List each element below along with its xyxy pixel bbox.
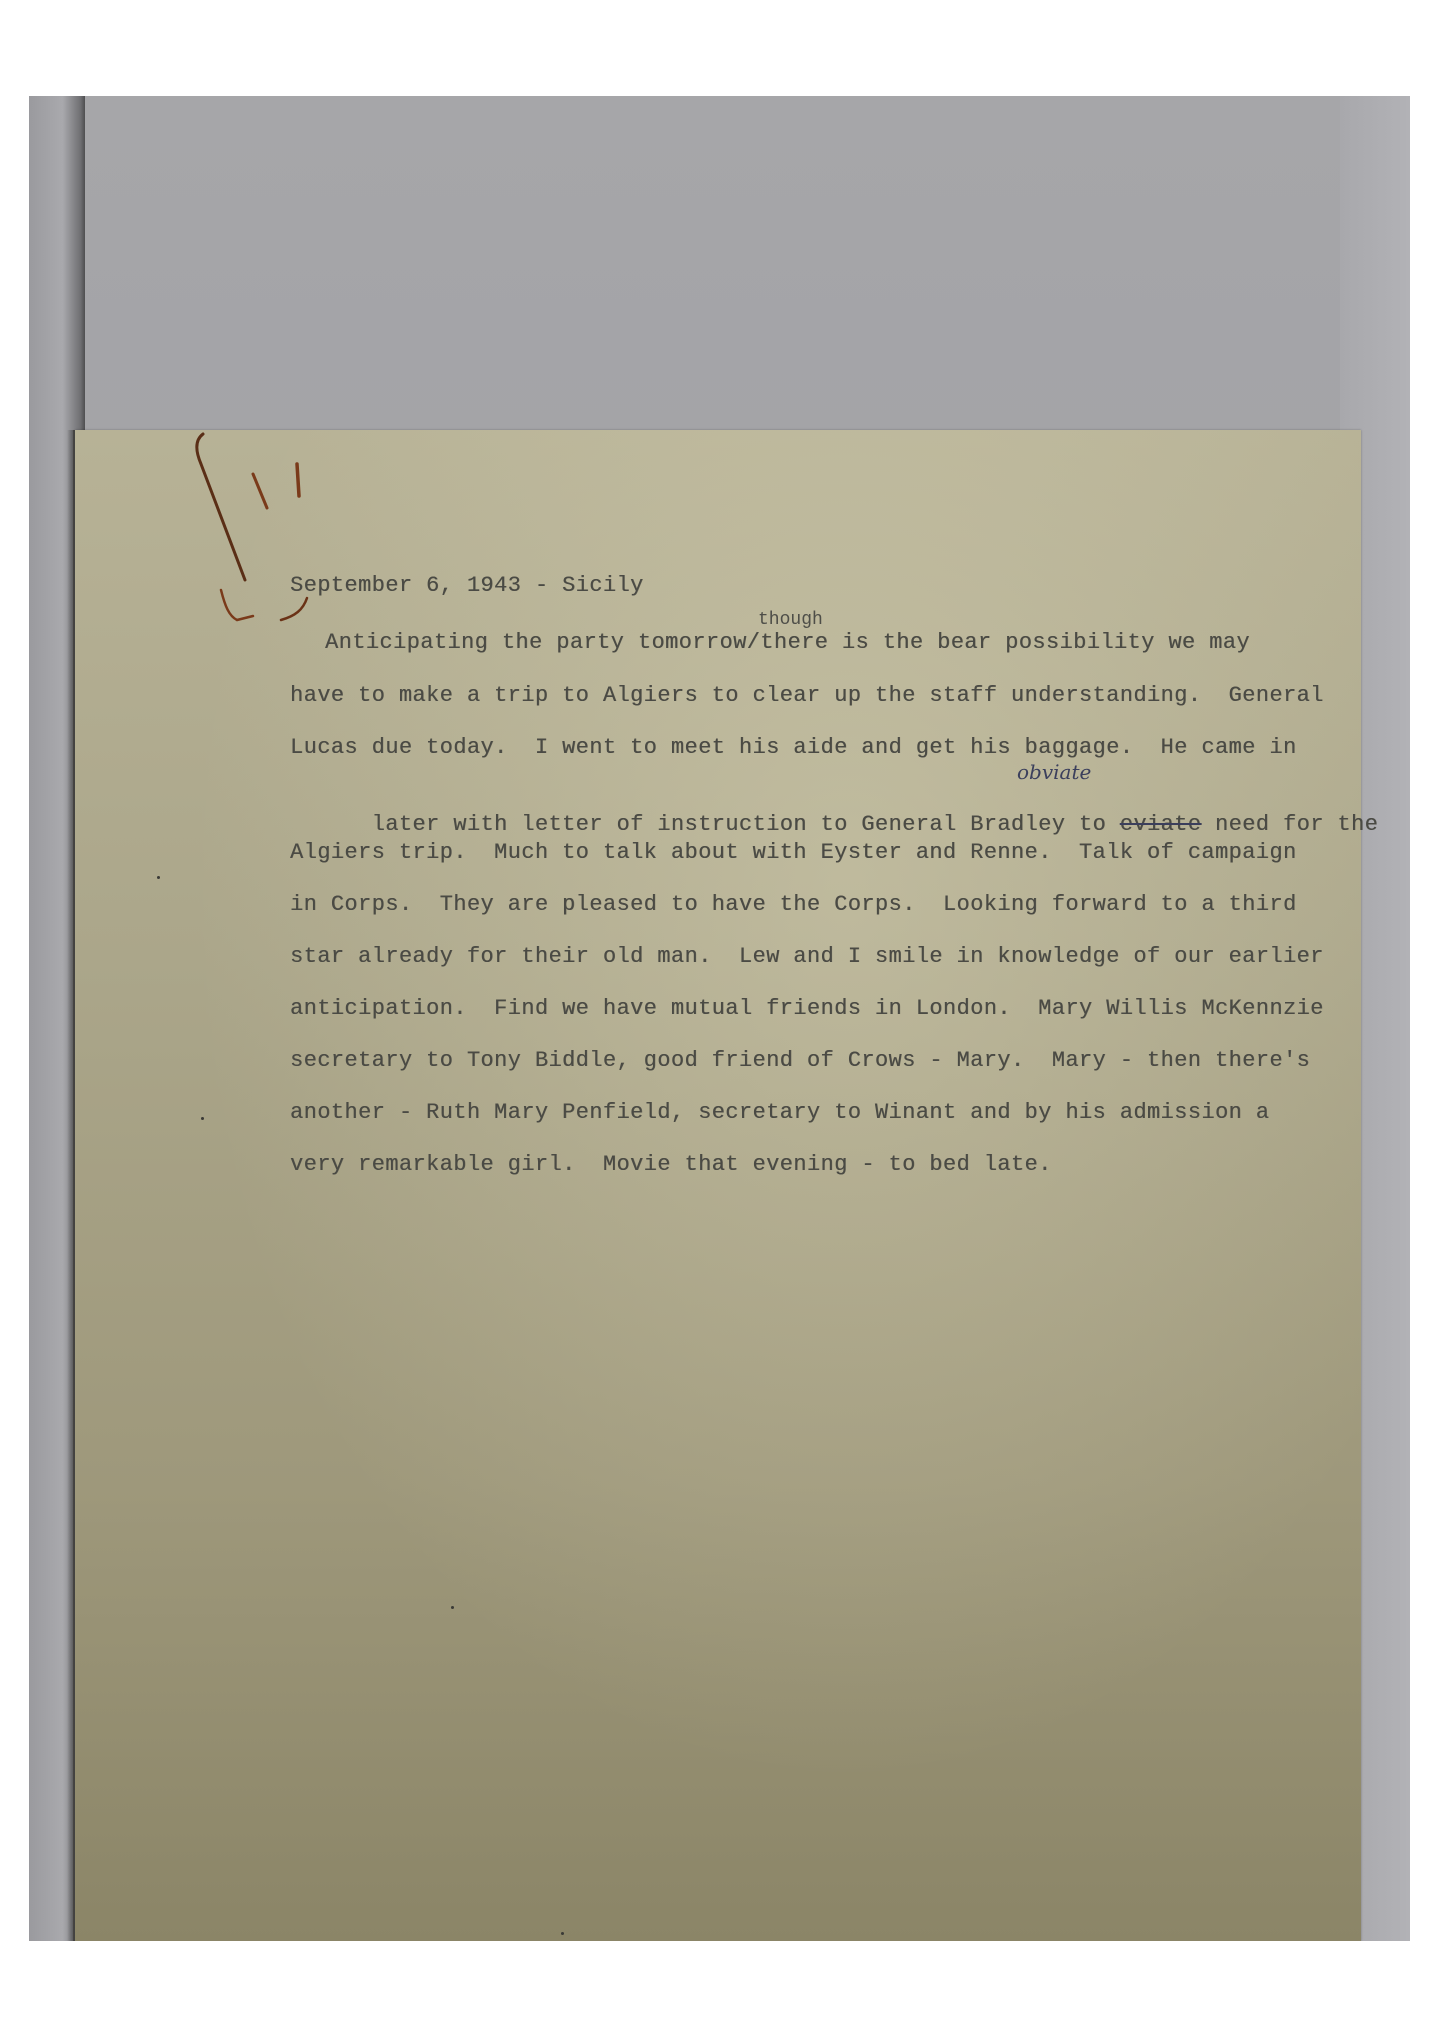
text-line-4-end: need for the [1201, 812, 1378, 837]
text-line-9: secretary to Tony Biddle, good friend of… [290, 1048, 1310, 1073]
page-edge-shadow [67, 430, 75, 1941]
text-line-3: Lucas due today. I went to meet his aide… [290, 735, 1297, 760]
paper-speck [201, 1117, 204, 1120]
text-line-8: anticipation. Find we have mutual friend… [290, 996, 1324, 1021]
pencil-margin-marks-icon [185, 430, 365, 640]
text-line-1: Anticipating the party tomorrow/there is… [325, 630, 1250, 655]
struck-word: eviate [1120, 812, 1202, 837]
text-line-7: star already for their old man. Lew and … [290, 944, 1324, 969]
entry-date-heading: September 6, 1943 - Sicily [290, 573, 644, 598]
text-line-4-start: later with letter of instruction to Gene… [372, 812, 1120, 837]
text-line-5: Algiers trip. Much to talk about with Ey… [290, 840, 1297, 865]
text-line-2: have to make a trip to Algiers to clear … [290, 683, 1324, 708]
diary-page: September 6, 1943 - Sicily though Antici… [75, 430, 1361, 1941]
paper-speck [451, 1606, 454, 1609]
handwritten-correction: obviate [1017, 760, 1091, 784]
paper-speck [157, 876, 160, 879]
text-line-11: very remarkable girl. Movie that evening… [290, 1152, 1052, 1177]
paper-speck [561, 1932, 564, 1935]
text-line-6: in Corps. They are pleased to have the C… [290, 892, 1297, 917]
text-line-10: another - Ruth Mary Penfield, secretary … [290, 1100, 1269, 1125]
document-photo: September 6, 1943 - Sicily though Antici… [29, 96, 1410, 1941]
interlinear-insert: though [758, 610, 823, 630]
